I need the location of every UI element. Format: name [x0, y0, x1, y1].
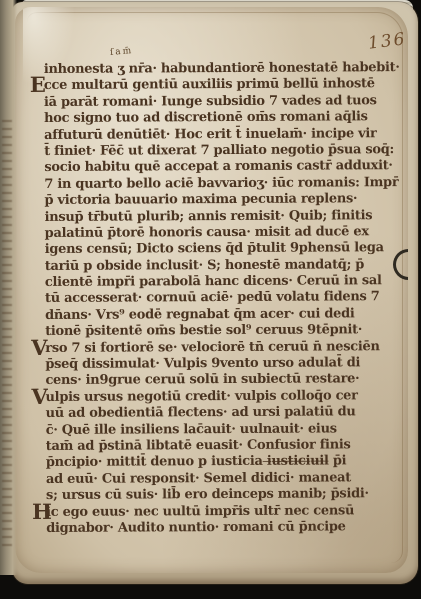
manuscript-line: Hic ego euus· nec uultū impr̄is ultr̄ ne…	[46, 503, 408, 521]
manuscript-line: uū ad obedientiā flectens· ad ursi palat…	[46, 404, 408, 422]
manuscript-line-text: socio habitu quē accepat a romanis castr…	[44, 158, 392, 175]
manuscript-leaf: 136. ſam̄ inhonesta ʒ nr̄a· habundantior…	[15, 7, 408, 573]
manuscript-line-text: insup̄ tr̄butū plurib; annis remisit· Qu…	[45, 208, 373, 225]
margin-initial: V	[31, 338, 47, 358]
margin-initial: V	[31, 387, 47, 407]
manuscript-line-text: ulpis ursus negotiū credit· vulpis collo…	[45, 388, 357, 405]
manuscript-line: t̄ finiet· Fēc̄ ut dixerat 7 palliato ne…	[44, 142, 408, 160]
manuscript-line-text: 7 in quarto bello aciē bavvarioʒ· iūc ro…	[44, 175, 398, 192]
manuscript-line-text: ic ego euus· nec uultū impr̄is ultr̄ nec…	[46, 503, 354, 520]
manuscript-text-block: inhonesta ʒ nr̄a· habundantiorē honestat…	[44, 60, 408, 537]
manuscript-line: Vrso 7 si fortiorē se· velociorē tn̄ cer…	[45, 339, 408, 357]
manuscript-line: tam̄ ad p̄stinā libtatē euasit· Confusio…	[46, 437, 408, 455]
manuscript-line: c̄· Quē ille insiliens lac̄auit· uulnaui…	[46, 421, 408, 439]
manuscript-line-text: c̄· Quē ille insiliens lac̄auit· uulnaui…	[46, 421, 337, 438]
manuscript-line: dignabor· Audito nuntio· romani cū p̄nci…	[46, 519, 408, 537]
manuscript-line: tionē p̄sitentē om̄s bestie sol⁹ ceruus …	[45, 322, 408, 340]
manuscript-line: s; ursus cū suis· lib̄ ero deinceps mani…	[46, 486, 408, 504]
manuscript-line-text: tionē p̄sitentē om̄s bestie sol⁹ ceruus …	[45, 323, 362, 340]
manuscript-line-text: cce multarū gentiū auxiliis primū bellū …	[44, 77, 375, 94]
manuscript-line-text: s; ursus cū suis· lib̄ ero deinceps mani…	[46, 486, 369, 503]
manuscript-line: clientē impr̄i parabolā hanc dicens· Cer…	[45, 273, 408, 291]
binding-gutter	[0, 0, 17, 575]
manuscript-line: dn̄ans· Vrs⁹ eodē regnabat q̄m acer· cui…	[45, 306, 408, 324]
manuscript-photo: 136. ſam̄ inhonesta ʒ nr̄a· habundantior…	[0, 0, 421, 599]
manuscript-line-text: affuturū denūtiēt· Hoc erit t̄ inuelam̄·…	[44, 126, 377, 143]
manuscript-line: igens censū; Dicto sciens q̄d p̄tulit 9p…	[45, 240, 408, 258]
manuscript-line: tū accesserat· cornuū aciē· pedū volatu …	[45, 290, 408, 308]
manuscript-line: iā parāt romani· Iunge subsidio 7 vades …	[44, 93, 408, 111]
manuscript-line-text: uū ad obedientiā flectens· ad ursi palat…	[46, 405, 356, 422]
manuscript-line: cens· in9grue ceruū solū in subiectū res…	[45, 371, 408, 389]
manuscript-line: Vulpis ursus negotiū credit· vulpis coll…	[45, 388, 408, 406]
manuscript-line-text: dignabor· Audito nuntio· romani cū p̄nci…	[46, 519, 345, 536]
manuscript-line: tariū p obside inclusit· S; honestē mand…	[45, 257, 408, 275]
manuscript-line-text: tariū p obside inclusit· S; honestē mand…	[45, 257, 364, 274]
page-number: 136.	[367, 28, 408, 53]
manuscript-line-text: iā parāt romani· Iunge subsidio 7 vades …	[44, 93, 377, 110]
manuscript-line-text: palatinū p̄torē honoris causa· misit ad …	[45, 224, 369, 241]
manuscript-line-text: dn̄ans· Vrs⁹ eodē regnabat q̄m acer· cui…	[45, 306, 354, 323]
margin-initial: H	[32, 501, 52, 521]
manuscript-line-text: igens censū; Dicto sciens q̄d p̄tulit 9p…	[45, 240, 384, 257]
manuscript-line-text: cens· in9grue ceruū solū in subiectū res…	[45, 372, 359, 389]
manuscript-line: hoc signo tuo ad discretionē om̄s romani…	[44, 109, 408, 127]
manuscript-line: p̄ncipio· mittit̄ denuo p iusticia i̶u̶s…	[46, 453, 408, 471]
manuscript-line: Ecce multarū gentiū auxiliis primū bellū…	[44, 76, 408, 94]
interlinear-gloss: ſam̄	[110, 46, 134, 58]
manuscript-line: palatinū p̄torē honoris causa· misit ad …	[45, 224, 408, 242]
manuscript-line-text: hoc signo tuo ad discretionē om̄s romani…	[44, 109, 368, 126]
manuscript-line-text: rso 7 si fortiorē se· velociorē tn̄ ceru…	[45, 339, 379, 356]
manuscript-line: inhonesta ʒ nr̄a· habundantiorē honestat…	[44, 60, 408, 78]
manuscript-line: p̄ victoria bauuario maxima pecunia repl…	[44, 191, 408, 209]
manuscript-line-text: inhonesta ʒ nr̄a· habundantiorē honestat…	[44, 60, 400, 77]
manuscript-line-text: tam̄ ad p̄stinā libtatē euasit· Confusio…	[46, 437, 351, 454]
manuscript-line: insup̄ tr̄butū plurib; annis remisit· Qu…	[45, 208, 408, 226]
manuscript-line-text: tū accesserat· cornuū aciē· pedū volatu …	[45, 290, 380, 307]
manuscript-line: affuturū denūtiēt· Hoc erit t̄ inuelam̄·…	[44, 126, 408, 144]
margin-initial: E	[30, 75, 46, 95]
manuscript-line-text: p̄ victoria bauuario maxima pecunia repl…	[44, 191, 357, 208]
manuscript-line-text: clientē impr̄i parabolā hanc dicens· Cer…	[45, 273, 382, 290]
manuscript-line: socio habitu quē accepat a romanis castr…	[44, 158, 408, 176]
manuscript-line-text: p̄seq̄ dissimulat· Vulpis 9vento urso ad…	[45, 355, 360, 372]
manuscript-line-text: ad euū· Cui responsit· Semel didici· man…	[46, 470, 351, 487]
manuscript-line: p̄seq̄ dissimulat· Vulpis 9vento urso ad…	[45, 355, 408, 373]
manuscript-line-text: p̄ncipio· mittit̄ denuo p iusticia i̶u̶s…	[46, 454, 347, 471]
manuscript-line-text: t̄ finiet· Fēc̄ ut dixerat 7 palliato ne…	[44, 142, 394, 159]
manuscript-line: 7 in quarto bello aciē bavvarioʒ· iūc ro…	[44, 175, 408, 193]
